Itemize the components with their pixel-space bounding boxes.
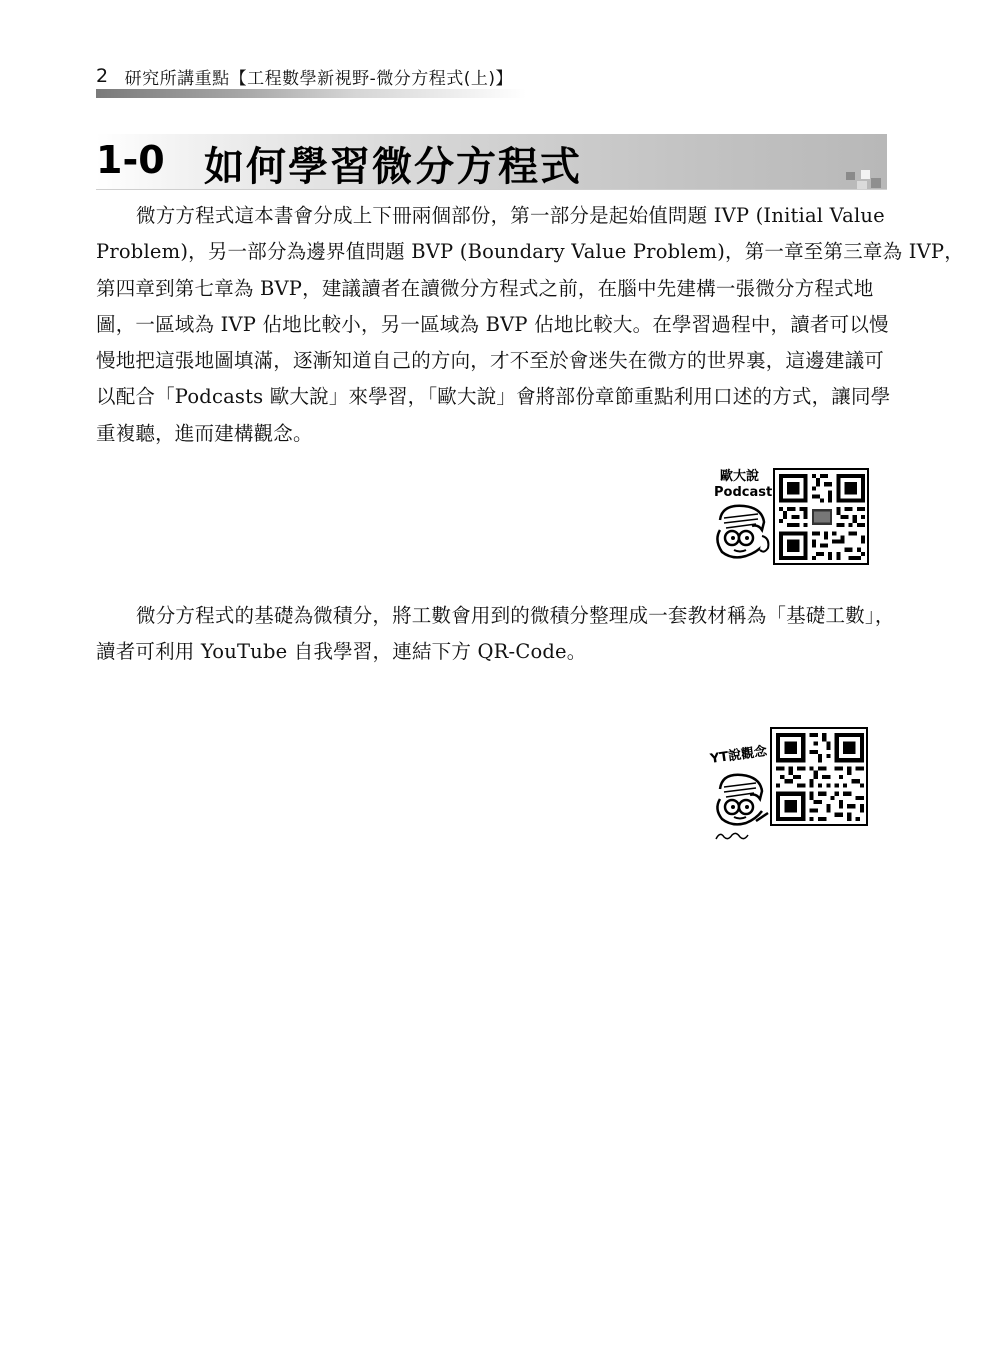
text-line: 重複聽，進而建構觀念。 [96,416,891,452]
page-number: 2 [96,65,109,87]
running-header: 2 研究所講重點【工程數學新視野-微分方程式(上)】 [96,63,513,89]
paragraph-calculus: 微分方程式的基礎為微積分，將工數會用到的微積分整理成一套教材稱為「基礎工數」， … [96,598,891,671]
text-line: 微分方程式的基礎為微積分，將工數會用到的微積分整理成一套教材稱為「基礎工數」， [96,598,891,634]
running-title: 研究所講重點【工程數學新視野-微分方程式(上)】 [125,64,513,89]
section-title: 如何學習微分方程式 [204,135,582,192]
qr-code-frame[interactable] [770,727,868,826]
qr-code-icon [779,474,865,560]
qr-code-icon [776,733,864,821]
decorative-square [861,170,870,179]
paragraph-intro: 微方方程式這本書會分成上下冊兩個部份，第一部分是起始值問題 IVP (Initi… [96,198,891,452]
text-line: Problem)，另一部分為邊界值問題 BVP (Boundary Value … [96,234,891,270]
decorative-square [857,181,867,189]
text-line: 慢地把這張地圖填滿，逐漸知道自己的方向，才不至於會迷失在微方的世界裏，這邊建議可 [96,343,891,379]
youtube-label: YT說觀念 [709,745,768,766]
podcast-qr-card[interactable]: 歐大說 Podcast [708,466,870,566]
section-title-banner: 1-0 如何學習微分方程式 [96,134,887,190]
text-line: 第四章到第七章為 BVP，建議讀者在讀微分方程式之前，在腦中先建構一張微分方程式… [96,271,891,307]
qr-code-frame[interactable] [773,468,869,565]
text-line: 以配合「Podcasts 歐大說」來學習，「歐大說」會將部份章節重點利用口述的方… [96,379,891,415]
decorative-square [871,178,881,188]
podcast-label-en: Podcast [714,486,772,499]
text-line: 圖，一區域為 IVP 佔地比較小，另一區域為 BVP 佔地比較大。在學習過程中，… [96,307,891,343]
section-number: 1-0 [96,138,165,182]
youtube-qr-card[interactable]: YT說觀念 [706,725,870,845]
cartoon-face-icon [712,500,772,562]
podcast-label: 歐大說 [720,470,759,483]
text-line: 微方方程式這本書會分成上下冊兩個部份，第一部分是起始值問題 IVP (Initi… [96,198,891,234]
text-line: 讀者可利用 YouTube 自我學習，連結下方 QR-Code。 [96,634,891,670]
header-gradient-bar [96,89,526,98]
cartoon-face-icon [712,769,770,845]
decorative-square [846,172,855,180]
